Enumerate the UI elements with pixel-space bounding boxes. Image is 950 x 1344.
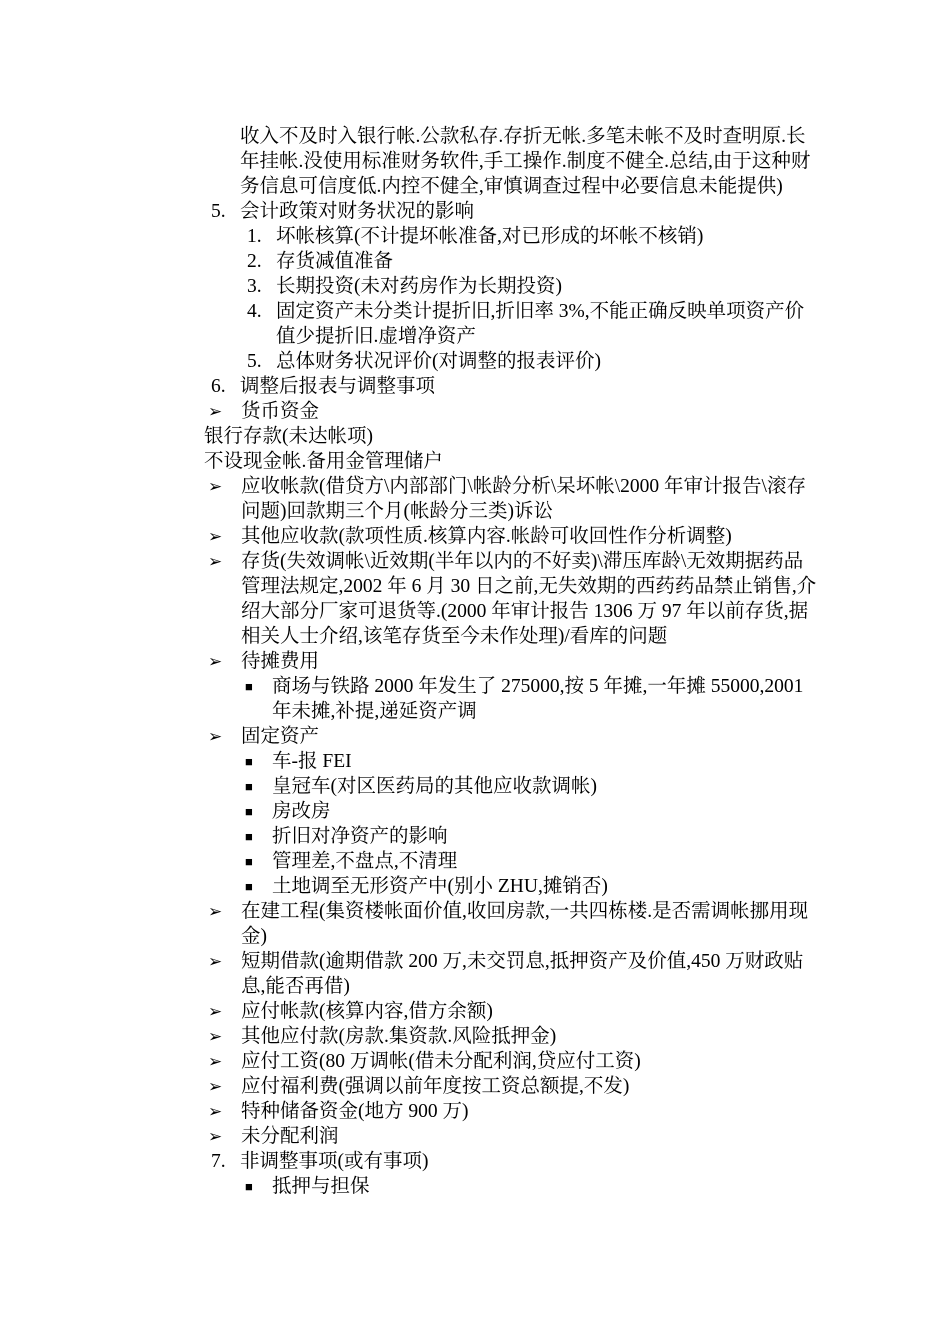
arrow-bullet-icon: ➢	[208, 399, 222, 424]
list-item-text: 折旧对净资产的影响	[272, 824, 950, 849]
list-item: ■ 商场与铁路 2000 年发生了 275000,按 5 年摊,一年摊 5500…	[0, 674, 950, 724]
square-bullet-icon: ■	[245, 774, 253, 799]
list-item: ➢ 应付帐款(核算内容,借方余额)	[0, 999, 950, 1024]
list-item: ➢ 短期借款(逾期借款 200 万,未交罚息,抵押资产及价值,450 万财政贴 …	[0, 949, 950, 999]
list-item: ➢ 应收帐款(借贷方\内部部门\帐龄分析\呆坏帐\2000 年审计报告\滚存 问…	[0, 474, 950, 524]
list-item-text: 房改房	[272, 799, 950, 824]
list-item-text: 总体财务状况评价(对调整的报表评价)	[276, 349, 950, 374]
list-item-text: 未分配利润	[241, 1124, 950, 1149]
list-number: 5.	[247, 349, 262, 374]
list-item: ■ 皇冠车(对区医药局的其他应收款调帐)	[0, 774, 950, 799]
arrow-bullet-icon: ➢	[208, 899, 222, 924]
list-item-text: 特种储备资金(地方 900 万)	[241, 1099, 950, 1124]
list-item-text: 货币资金	[241, 399, 950, 424]
list-item-text: 应付福利费(强调以前年度按工资总额提,不发)	[241, 1074, 950, 1099]
list-number: 4.	[247, 299, 262, 324]
list-item: 银行存款(未达帐项)	[0, 424, 950, 449]
arrow-bullet-icon: ➢	[208, 524, 222, 549]
list-item: ■ 折旧对净资产的影响	[0, 824, 950, 849]
list-item: ■ 土地调至无形资产中(别小 ZHU,摊销否)	[0, 874, 950, 899]
list-item-text: 抵押与担保	[272, 1174, 950, 1199]
arrow-bullet-icon: ➢	[208, 724, 222, 749]
list-item: ■ 车-报 FEI	[0, 749, 950, 774]
list-item-text: 皇冠车(对区医药局的其他应收款调帐)	[272, 774, 950, 799]
list-item: ➢ 其他应付款(房款.集资款.风险抵押金)	[0, 1024, 950, 1049]
list-item: 不设现金帐.备用金管理储户	[0, 449, 950, 474]
list-number: 5.	[211, 199, 226, 224]
list-item: 1. 坏帐核算(不计提坏帐准备,对已形成的坏帐不核销)	[0, 224, 950, 249]
list-item-text: 在建工程(集资楼帐面价值,收回房款,一共四栋楼.是否需调帐挪用现 金)	[241, 899, 950, 949]
list-item-text: 其他应收款(款项性质.核算内容.帐龄可收回性作分析调整)	[241, 524, 950, 549]
list-item: ➢ 在建工程(集资楼帐面价值,收回房款,一共四栋楼.是否需调帐挪用现 金)	[0, 899, 950, 949]
square-bullet-icon: ■	[245, 749, 253, 774]
arrow-bullet-icon: ➢	[208, 649, 222, 674]
list-item-text: 车-报 FEI	[272, 749, 950, 774]
list-item: ■ 房改房	[0, 799, 950, 824]
list-number: 1.	[247, 224, 262, 249]
list-item: ➢ 应付工资(80 万调帐(借未分配利润,贷应付工资)	[0, 1049, 950, 1074]
document-content: 收入不及时入银行帐.公款私存.存折无帐.多笔未帐不及时查明原.长 年挂帐.没使用…	[0, 124, 950, 1199]
list-number: 3.	[247, 274, 262, 299]
square-bullet-icon: ■	[245, 674, 253, 699]
list-item-text: 商场与铁路 2000 年发生了 275000,按 5 年摊,一年摊 55000,…	[272, 674, 950, 724]
list-item: ➢ 固定资产	[0, 724, 950, 749]
list-item-text: 存货(失效调帐\近效期(半年以内的不好卖)\滞压库龄\无效期据药品 管理法规定,…	[241, 549, 950, 649]
list-item: ■ 管理差,不盘点,不清理	[0, 849, 950, 874]
square-bullet-icon: ■	[245, 874, 253, 899]
square-bullet-icon: ■	[245, 799, 253, 824]
list-item-text: 收入不及时入银行帐.公款私存.存折无帐.多笔未帐不及时查明原.长 年挂帐.没使用…	[240, 124, 950, 199]
list-item: 6. 调整后报表与调整事项	[0, 374, 950, 399]
list-item-text: 固定资产未分类计提折旧,折旧率 3%,不能正确反映单项资产价 值少提折旧.虚增净…	[276, 299, 950, 349]
list-number: 6.	[211, 374, 226, 399]
list-item-text: 应收帐款(借贷方\内部部门\帐龄分析\呆坏帐\2000 年审计报告\滚存 问题)…	[241, 474, 950, 524]
list-item: ➢ 待摊费用	[0, 649, 950, 674]
list-item-text: 存货减值准备	[276, 249, 950, 274]
list-item-text: 非调整事项(或有事项)	[240, 1149, 950, 1174]
list-item: 5. 总体财务状况评价(对调整的报表评价)	[0, 349, 950, 374]
arrow-bullet-icon: ➢	[208, 1124, 222, 1149]
list-item: 收入不及时入银行帐.公款私存.存折无帐.多笔未帐不及时查明原.长 年挂帐.没使用…	[0, 124, 950, 199]
list-item-text: 固定资产	[241, 724, 950, 749]
list-item-text: 应付工资(80 万调帐(借未分配利润,贷应付工资)	[241, 1049, 950, 1074]
square-bullet-icon: ■	[245, 849, 253, 874]
list-item-text: 不设现金帐.备用金管理储户	[204, 449, 950, 474]
list-item: 5. 会计政策对财务状况的影响	[0, 199, 950, 224]
list-number: 7.	[211, 1149, 226, 1174]
list-item-text: 坏帐核算(不计提坏帐准备,对已形成的坏帐不核销)	[276, 224, 950, 249]
list-item-text: 短期借款(逾期借款 200 万,未交罚息,抵押资产及价值,450 万财政贴 息,…	[241, 949, 950, 999]
arrow-bullet-icon: ➢	[208, 1099, 222, 1124]
list-number: 2.	[247, 249, 262, 274]
list-item: 7. 非调整事项(或有事项)	[0, 1149, 950, 1174]
arrow-bullet-icon: ➢	[208, 949, 222, 974]
list-item-text: 管理差,不盘点,不清理	[272, 849, 950, 874]
list-item: ➢ 应付福利费(强调以前年度按工资总额提,不发)	[0, 1074, 950, 1099]
list-item-text: 土地调至无形资产中(别小 ZHU,摊销否)	[272, 874, 950, 899]
list-item-text: 待摊费用	[241, 649, 950, 674]
list-item: ➢ 特种储备资金(地方 900 万)	[0, 1099, 950, 1124]
list-item: 2. 存货减值准备	[0, 249, 950, 274]
list-item-text: 应付帐款(核算内容,借方余额)	[241, 999, 950, 1024]
list-item: ➢ 其他应收款(款项性质.核算内容.帐龄可收回性作分析调整)	[0, 524, 950, 549]
list-item-text: 调整后报表与调整事项	[240, 374, 950, 399]
list-item-text: 会计政策对财务状况的影响	[240, 199, 950, 224]
arrow-bullet-icon: ➢	[208, 1049, 222, 1074]
list-item: 3. 长期投资(未对药房作为长期投资)	[0, 274, 950, 299]
square-bullet-icon: ■	[245, 824, 253, 849]
list-item-text: 长期投资(未对药房作为长期投资)	[276, 274, 950, 299]
list-item: ■ 抵押与担保	[0, 1174, 950, 1199]
square-bullet-icon: ■	[245, 1174, 253, 1199]
list-item: ➢ 货币资金	[0, 399, 950, 424]
list-item: ➢ 未分配利润	[0, 1124, 950, 1149]
arrow-bullet-icon: ➢	[208, 1074, 222, 1099]
arrow-bullet-icon: ➢	[208, 1024, 222, 1049]
document-page: 收入不及时入银行帐.公款私存.存折无帐.多笔未帐不及时查明原.长 年挂帐.没使用…	[0, 0, 950, 1344]
list-item: 4. 固定资产未分类计提折旧,折旧率 3%,不能正确反映单项资产价 值少提折旧.…	[0, 299, 950, 349]
arrow-bullet-icon: ➢	[208, 549, 222, 574]
list-item-text: 银行存款(未达帐项)	[204, 424, 950, 449]
list-item-text: 其他应付款(房款.集资款.风险抵押金)	[241, 1024, 950, 1049]
arrow-bullet-icon: ➢	[208, 474, 222, 499]
arrow-bullet-icon: ➢	[208, 999, 222, 1024]
list-item: ➢ 存货(失效调帐\近效期(半年以内的不好卖)\滞压库龄\无效期据药品 管理法规…	[0, 549, 950, 649]
